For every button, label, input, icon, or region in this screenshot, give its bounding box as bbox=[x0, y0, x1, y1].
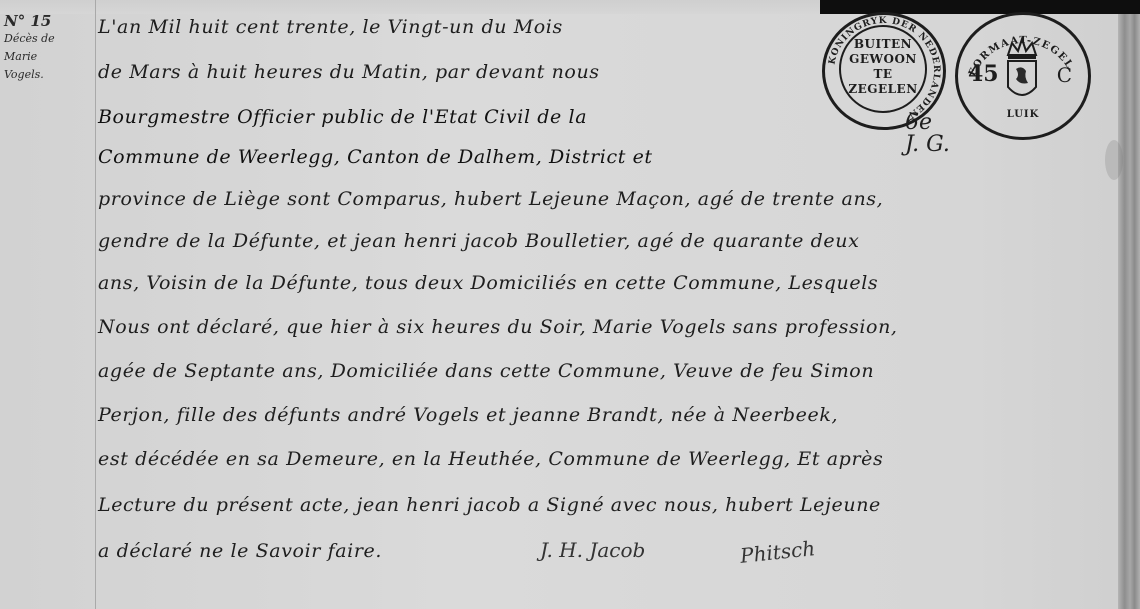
record-line: agée de Septante ans, Domiciliée dans ce… bbox=[98, 360, 874, 382]
margin-note-line: Vogels. bbox=[4, 66, 92, 84]
record-line: Bourgmestre Officier public de l'Etat Ci… bbox=[98, 106, 587, 128]
paper-stain bbox=[1105, 140, 1123, 180]
margin-note-line: Marie bbox=[4, 48, 92, 66]
record-line: de Mars à huit heures du Matin, par deva… bbox=[98, 61, 600, 83]
record-line: Nous ont déclaré, que hier à six heures … bbox=[98, 316, 898, 338]
stamp-center-text: BUITEN GEWOON TE ZEGELEN bbox=[839, 37, 927, 97]
stamp-line: TE bbox=[839, 67, 927, 82]
stamp-city: LUIK bbox=[958, 109, 1088, 120]
margin-note-line: Décès de bbox=[4, 30, 92, 48]
record-line: province de Liège sont Comparus, hubert … bbox=[98, 188, 883, 210]
record-line: Commune de Weerlegg, Canton de Dalhem, D… bbox=[98, 146, 653, 168]
record-line: gendre de la Défunte, et jean henri jaco… bbox=[98, 230, 859, 252]
stamp-line: GEWOON bbox=[839, 52, 927, 67]
stamp-line: BUITEN bbox=[839, 37, 927, 52]
record-line: ans, Voisin de la Défunte, tous deux Dom… bbox=[98, 272, 878, 294]
record-line: a déclaré ne le Savoir faire. bbox=[98, 540, 382, 562]
annotation-line: J. G. bbox=[905, 134, 950, 156]
book-binding-edge bbox=[1118, 14, 1140, 609]
tax-stamp-right: FORMAAT-ZEGEL 45 C LUIK bbox=[955, 12, 1091, 140]
record-line: Lecture du présent acte, jean henri jaco… bbox=[98, 494, 881, 516]
paper-top-strip bbox=[0, 0, 820, 14]
signature-burgomaster: Phitsch bbox=[739, 536, 816, 568]
signature-jacob: J. H. Jacob bbox=[540, 538, 645, 562]
stamp-line: ZEGELEN bbox=[839, 82, 927, 97]
record-number: N° 15 bbox=[4, 12, 92, 30]
margin-note: N° 15 Décès de Marie Vogels. bbox=[4, 12, 92, 84]
record-line: L'an Mil huit cent trente, le Vingt-un d… bbox=[98, 16, 563, 38]
stamp-unit: C bbox=[1057, 63, 1072, 87]
scan-top-edge bbox=[0, 0, 1140, 14]
stamp-value: 45 bbox=[968, 61, 999, 87]
margin-rule bbox=[95, 0, 96, 609]
record-line: Perjon, fille des défunts andré Vogels e… bbox=[98, 404, 838, 426]
document-page: N° 15 Décès de Marie Vogels. L'an Mil hu… bbox=[0, 0, 1140, 609]
crown-coat-of-arms-icon bbox=[1002, 37, 1042, 107]
stamp-annotation: 6e J. G. bbox=[905, 112, 950, 156]
record-line: est décédée en sa Demeure, en la Heuthée… bbox=[98, 448, 883, 470]
annotation-line: 6e bbox=[905, 112, 950, 134]
